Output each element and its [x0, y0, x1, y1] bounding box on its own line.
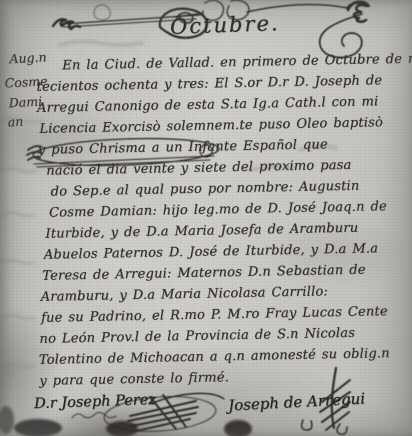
body-text: En la Ciud. de Vallad. en primero de Oct…: [28, 49, 412, 392]
page-title: Octubre.: [170, 11, 280, 39]
manuscript-page: Octubre. Aug.n Cosme Dami an En la Ciud.…: [0, 0, 412, 436]
